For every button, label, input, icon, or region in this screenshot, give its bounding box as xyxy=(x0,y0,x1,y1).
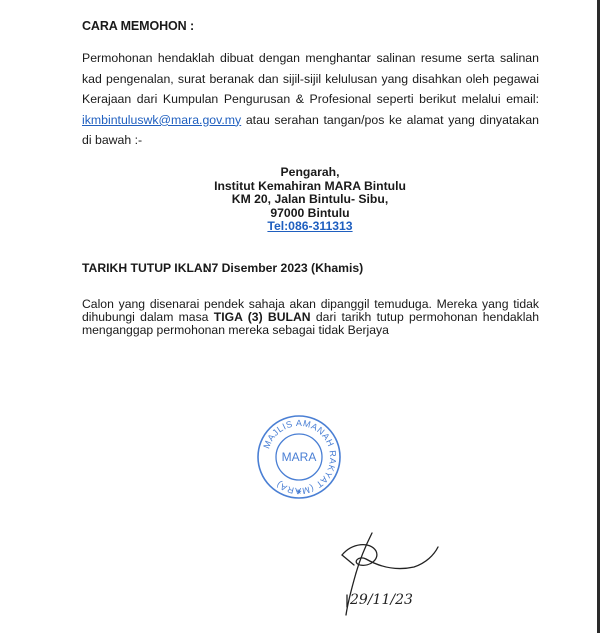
section-heading: CARA MEMOHON : xyxy=(82,19,194,33)
shortlist-notice: Calon yang disenarai pendek sahaja akan … xyxy=(82,298,539,338)
closing-date-label: TARIKH TUTUP IKLAN xyxy=(82,261,204,275)
svg-text:29/11/23: 29/11/23 xyxy=(349,592,413,608)
svg-text:★: ★ xyxy=(296,488,302,496)
instructions-text: Permohonan hendaklah dibuat dengan mengh… xyxy=(82,51,539,106)
closing-date-value: : 7 Disember 2023 (Khamis) xyxy=(204,261,363,275)
mailing-address: Pengarah, Institut Kemahiran MARA Bintul… xyxy=(180,166,440,234)
address-line-4: 97000 Bintulu xyxy=(180,207,440,221)
notice-emphasis: TIGA (3) BULAN xyxy=(214,310,311,324)
document-page: CARA MEMOHON : Permohonan hendaklah dibu… xyxy=(0,0,597,633)
address-line-3: KM 20, Jalan Bintulu- Sibu, xyxy=(180,193,440,207)
signature-icon: 29/11/23 xyxy=(330,525,460,625)
application-instructions: Permohonan hendaklah dibuat dengan mengh… xyxy=(82,48,539,151)
address-line-1: Pengarah, xyxy=(180,166,440,180)
closing-date: TARIKH TUTUP IKLAN: 7 Disember 2023 (Kha… xyxy=(82,261,363,275)
svg-text:MARA: MARA xyxy=(282,450,317,464)
mara-stamp-icon: MAJLIS AMANAH RAKYAT (MARA) MARA ★ xyxy=(256,414,342,500)
phone-link[interactable]: Tel:086-311313 xyxy=(267,219,352,233)
address-line-2: Institut Kemahiran MARA Bintulu xyxy=(180,180,440,194)
email-link[interactable]: ikmbintuluswk@mara.gov.my xyxy=(82,113,241,127)
